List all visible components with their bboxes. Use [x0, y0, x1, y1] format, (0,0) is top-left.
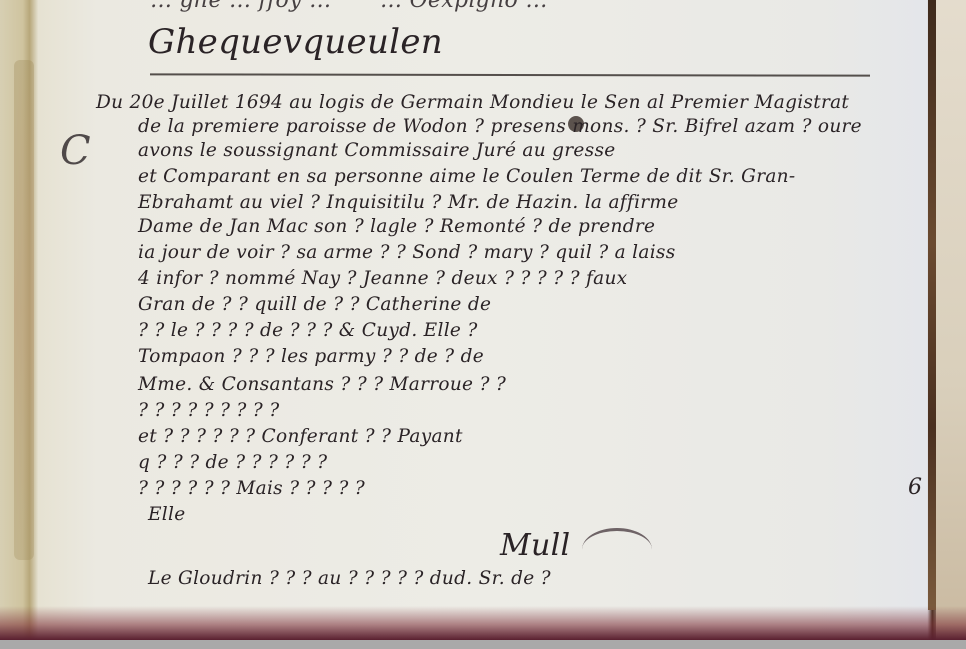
facing-page-edge	[936, 0, 966, 640]
body-line-13: ? ? ? ? ? ? ? ? ?	[138, 400, 279, 421]
binding-spine	[928, 0, 936, 610]
body-line-17: Elle	[148, 504, 186, 525]
signature: Mull	[500, 528, 570, 563]
body-line-7: ia jour de voir ? sa arme ? ? Sond ? mar…	[138, 242, 676, 263]
signature-flourish	[582, 528, 652, 571]
body-line-8: 4 infor ? nommé Nay ? Jeanne ? deux ? ? …	[138, 268, 627, 289]
header-fragment-1: … ghe … ffoy …	[150, 0, 331, 13]
bottom-bar	[0, 640, 966, 649]
body-line-2: de la premiere paroisse de Wodon ? prese…	[138, 116, 862, 137]
body-line-6: Dame de Jan Mac son ? lagle ? Remonté ? …	[138, 216, 655, 237]
water-stain	[14, 60, 34, 560]
body-line-11: Tompaon ? ? ? les parmy ? ? de ? de	[138, 346, 484, 367]
body-line-10: ? ? le ? ? ? ? de ? ? ? & Cuyd. Elle ?	[138, 320, 478, 341]
header-fragment-2: … Oexpigno …	[380, 0, 548, 13]
margin-note: C	[60, 128, 91, 174]
page-heading: Ghequevqueulen	[148, 22, 443, 62]
body-line-5: Ebrahamt au viel ? Inquisitilu ? Mr. de …	[138, 192, 679, 213]
heading-rule	[150, 73, 870, 76]
body-line-12: Mme. & Consantans ? ? ? Marroue ? ?	[138, 374, 506, 395]
manuscript-page: … ghe … ffoy … … Oexpigno … Ghequevqueul…	[0, 0, 966, 640]
page-number: 6	[908, 475, 922, 500]
closing-line: Le Gloudrin ? ? ? au ? ? ? ? ? dud. Sr. …	[148, 568, 551, 589]
body-line-9: Gran de ? ? quill de ? ? Catherine de	[138, 294, 491, 315]
body-line-1: Du 20e Juillet 1694 au logis de Germain …	[96, 92, 849, 113]
body-line-15: q ? ? ? de ? ? ? ? ? ?	[138, 452, 327, 473]
body-line-14: et ? ? ? ? ? ? Conferant ? ? Payant	[138, 426, 463, 447]
body-line-4: et Comparant en sa personne aime le Coul…	[138, 166, 795, 187]
page-bottom-shadow	[0, 606, 966, 640]
body-line-3: avons le soussignant Commissaire Juré au…	[138, 140, 616, 161]
body-line-16: ? ? ? ? ? ? Mais ? ? ? ? ?	[138, 478, 365, 499]
